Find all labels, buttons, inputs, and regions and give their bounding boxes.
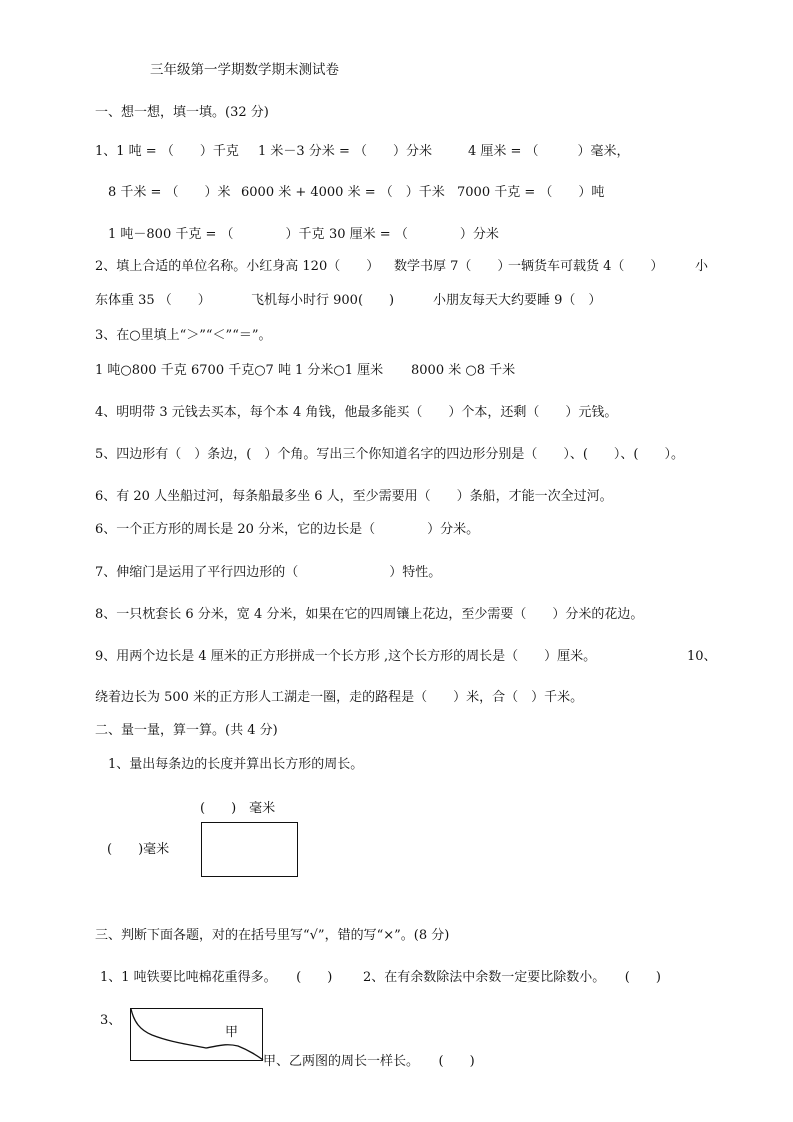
judge-q3-text: 甲、乙两图的周长一样长。 ( ) [263, 1053, 475, 1071]
figure-label-jia: 甲 [225, 1024, 238, 1042]
figure-curve [0, 0, 793, 1122]
